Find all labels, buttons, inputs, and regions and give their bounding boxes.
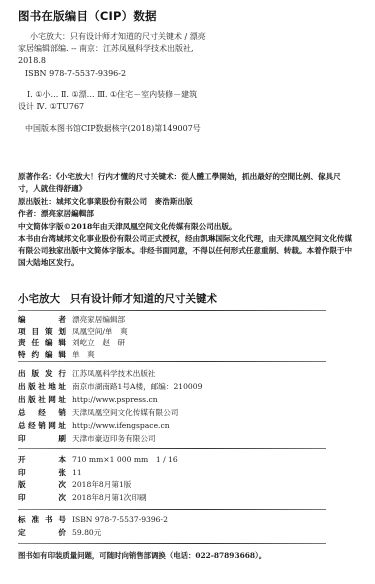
spec-value: 2018年8月第1版 xyxy=(72,479,131,491)
license-line-1: 本书由台湾城邦文化事业股份有限公司正式授权，经由凯琳国际文化代理，由天津凤凰空间… xyxy=(18,234,352,244)
cip-line-editor: 家居编辑部编. -- 南京：江苏凤凰科学技术出版社, xyxy=(18,44,194,54)
label-char: 社 xyxy=(38,381,46,393)
label-char: 定 xyxy=(18,527,26,539)
divider-rule xyxy=(18,543,326,544)
label-char: 张 xyxy=(58,467,66,479)
license-line-2: 有限公司独家出版中文简体字版本。非经书面同意，不得以任何形式任意重制、转载。本着… xyxy=(18,246,352,256)
spec-label: 开本 xyxy=(18,454,66,466)
isbn-price-value: 59.80元 xyxy=(72,527,101,539)
label-char: 划 xyxy=(58,326,66,338)
credit-value: 刘屹立 赵 研 xyxy=(72,337,125,349)
label-char: 准 xyxy=(31,514,39,526)
label-char: 网 xyxy=(48,394,56,406)
label-char: 本 xyxy=(58,454,66,466)
label-char: 编 xyxy=(45,337,53,349)
label-char: 印 xyxy=(18,433,26,445)
label-char: 任 xyxy=(31,337,39,349)
label-char: 址 xyxy=(58,381,66,393)
label-char: 辑 xyxy=(58,349,66,361)
isbn-price-label: 标准书号 xyxy=(18,514,66,526)
label-char: 经 xyxy=(38,407,46,419)
publishing-value: http://www.ifengspace.cn xyxy=(72,420,170,432)
publishing-label: 出版社网址 xyxy=(18,394,66,406)
label-char: 出 xyxy=(18,368,26,380)
original-publisher: 原出版社：城邦文化事業股份有限公司 麥浩斯出版 xyxy=(18,197,193,207)
label-char: 版 xyxy=(28,381,36,393)
label-char: 责 xyxy=(18,337,26,349)
book-title: 小宅放大只有设计师才知道的尺寸关键术 xyxy=(18,291,217,306)
label-char: 辑 xyxy=(58,337,66,349)
label-char: 项 xyxy=(18,326,26,338)
cip-line-date: 2018.8 xyxy=(18,56,46,66)
label-char: 销 xyxy=(38,420,46,432)
label-char: 价 xyxy=(58,527,66,539)
publishing-value: http://www.pspress.cn xyxy=(72,394,158,406)
original-title-line-2: 寸，人就住得舒適》 xyxy=(18,184,86,194)
original-title-line-1: 原著作名：《小宅放大！行内才懂的尺寸关键术：從人體工學開始，抓出最好的空間比例、… xyxy=(18,172,341,182)
publishing-value: 江苏凤凰科学技术出版社 xyxy=(72,368,156,380)
label-char: 址 xyxy=(58,420,66,432)
copyright-line: 中文简体字版©2018年由天津凤凰空间文化传媒有限公司出版。 xyxy=(18,222,237,232)
credit-value: 凤凰空间/单 爽 xyxy=(72,326,128,338)
label-char: 开 xyxy=(18,454,26,466)
label-char: 次 xyxy=(58,479,66,491)
book-title-main: 小宅放大 xyxy=(18,293,60,305)
label-char: 目 xyxy=(31,326,39,338)
label-char: 出 xyxy=(18,394,26,406)
divider-rule xyxy=(18,448,326,449)
label-char: 编 xyxy=(45,349,53,361)
label-char: 版 xyxy=(31,368,39,380)
label-char: 者 xyxy=(58,314,66,326)
cip-title: 图书在版编目（CIP）数据 xyxy=(18,8,157,24)
label-char: 行 xyxy=(58,368,66,380)
label-char: 标 xyxy=(18,514,26,526)
publishing-label: 出版社地址 xyxy=(18,381,66,393)
divider-rule xyxy=(18,509,326,510)
credit-label: 责任编辑 xyxy=(18,337,66,349)
quality-notice: 图书如有印装质量问题，可随时向销售部调换（电话：022-87893668）。 xyxy=(18,550,266,561)
label-char: 地 xyxy=(48,381,56,393)
cip-line-isbn: ISBN 978-7-5537-9396-2 xyxy=(25,69,126,79)
cip-line-record-number: 中国版本图书馆CIP数据核字(2018)第149007号 xyxy=(25,124,201,134)
label-char: 约 xyxy=(31,349,39,361)
label-char: 印 xyxy=(18,467,26,479)
label-char: 经 xyxy=(28,420,36,432)
publishing-label: 总经销网址 xyxy=(18,420,66,432)
license-line-3: 国大陆地区发行。 xyxy=(18,258,79,268)
original-author: 作者：漂亮家居編輯部 xyxy=(18,209,94,219)
label-char: 特 xyxy=(18,349,26,361)
spec-value: 710 mm×1 000 mm 1 / 16 xyxy=(72,454,178,466)
credit-value: 漂亮家居编辑部 xyxy=(72,314,125,326)
publishing-label: 总经销 xyxy=(18,407,66,419)
label-char: 版 xyxy=(18,479,26,491)
label-char: 版 xyxy=(28,394,36,406)
publishing-value: 天津市豪迈印务有限公司 xyxy=(72,433,156,445)
spec-value: 2018年8月第1次印刷 xyxy=(72,492,147,504)
label-char: 社 xyxy=(38,394,46,406)
label-char: 次 xyxy=(58,492,66,504)
label-char: 销 xyxy=(58,407,66,419)
spec-label: 印张 xyxy=(18,467,66,479)
label-char: 出 xyxy=(18,381,26,393)
label-char: 策 xyxy=(45,326,53,338)
label-char: 印 xyxy=(18,492,26,504)
spec-value: 11 xyxy=(72,467,82,479)
label-char: 总 xyxy=(18,407,26,419)
cip-line-classification: Ⅰ. ①小… Ⅱ. ①漂… Ⅲ. ①住宅－室内装修－建筑 xyxy=(27,90,197,100)
label-char: 址 xyxy=(58,394,66,406)
label-char: 总 xyxy=(18,420,26,432)
publishing-value: 天津凤凰空间文化传媒有限公司 xyxy=(72,407,178,419)
credit-label: 特约编辑 xyxy=(18,349,66,361)
label-char: 网 xyxy=(48,420,56,432)
credit-label: 编者 xyxy=(18,314,66,326)
spec-label: 版次 xyxy=(18,479,66,491)
cip-line-classification-cont: 设计 Ⅳ. ①TU767 xyxy=(18,102,84,112)
publishing-value: 南京市湖南路1号A楼，邮编：210009 xyxy=(72,381,202,393)
label-char: 编 xyxy=(18,314,26,326)
isbn-price-label: 定价 xyxy=(18,527,66,539)
spec-label: 印次 xyxy=(18,492,66,504)
label-char: 书 xyxy=(45,514,53,526)
divider-rule xyxy=(18,361,326,362)
credit-value: 单 爽 xyxy=(72,349,95,361)
credit-label: 项目策划 xyxy=(18,326,66,338)
book-title-sub: 只有设计师才知道的尺寸关键术 xyxy=(70,293,217,305)
publishing-label: 印刷 xyxy=(18,433,66,445)
divider-rule xyxy=(18,310,326,311)
label-char: 发 xyxy=(45,368,53,380)
label-char: 刷 xyxy=(58,433,66,445)
publishing-label: 出版发行 xyxy=(18,368,66,380)
label-char: 号 xyxy=(58,514,66,526)
cip-line-title: 小宅放大：只有设计师才知道的尺寸关键术 / 漂亮 xyxy=(30,32,206,42)
isbn-price-value: ISBN 978-7-5537-9396-2 xyxy=(72,514,168,526)
